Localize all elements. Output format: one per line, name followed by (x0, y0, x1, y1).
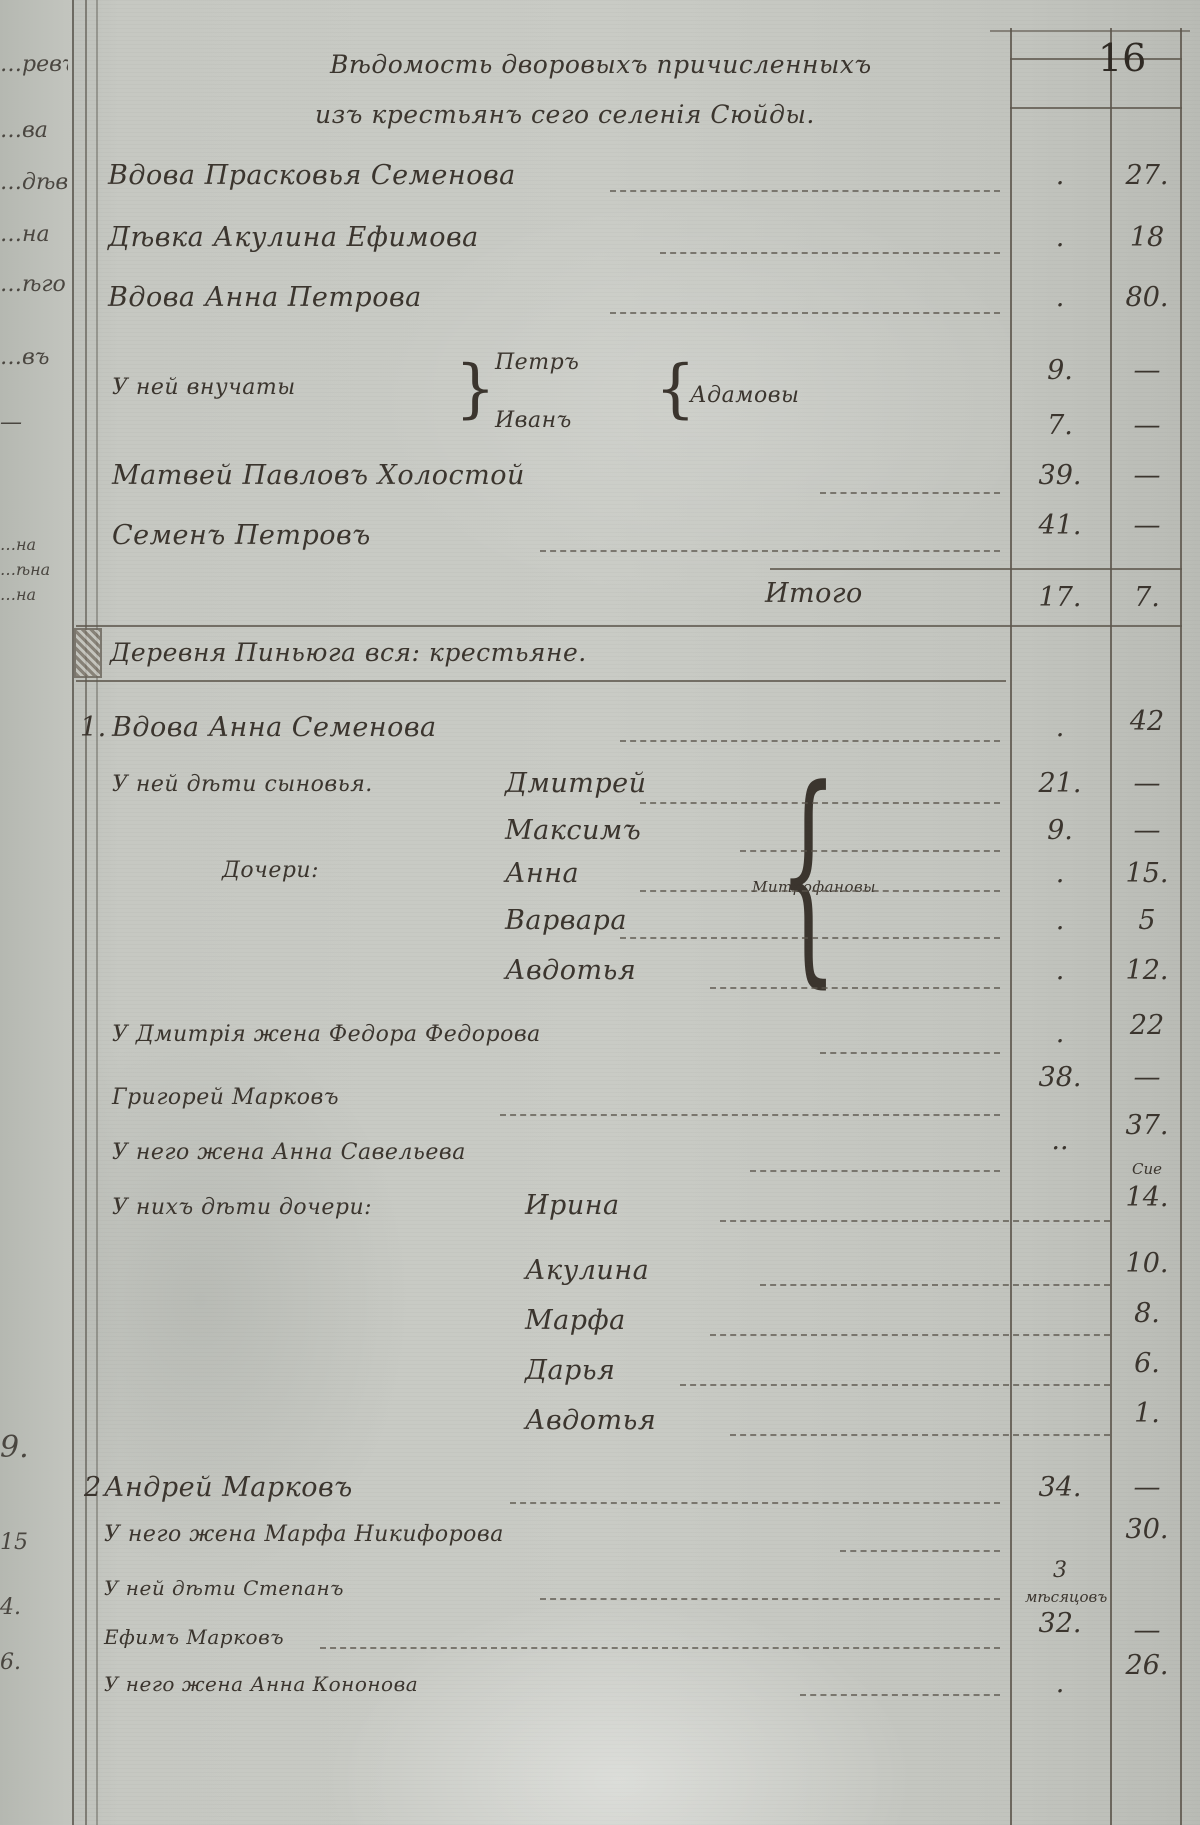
age-female: 26. (1112, 1650, 1182, 1681)
age-female: — (1112, 460, 1182, 491)
age-female: 5 (1112, 905, 1182, 936)
age-female: 6. (1112, 1348, 1182, 1379)
entry-surname: Митрофановы (752, 878, 876, 896)
age-female: — (1112, 1472, 1182, 1503)
total-label: Итого (765, 578, 863, 609)
leader-dots (820, 490, 1000, 494)
age-male: . (1025, 160, 1095, 191)
left-page-fragment: …ѣна (0, 560, 68, 579)
age-male: 39. (1025, 460, 1095, 491)
page-number: 16 (1098, 36, 1146, 80)
age-female: 1. (1112, 1398, 1182, 1429)
left-page-fragment: 15 (0, 1530, 68, 1555)
total-female: 7. (1112, 582, 1182, 613)
entry-name: Вдова Анна Петрова (108, 282, 422, 313)
age-unit-note: мѣсяцовъ (1025, 1588, 1095, 1606)
age-male: . (1025, 858, 1095, 889)
leader-dots (800, 1692, 1000, 1696)
header-rule (1010, 107, 1182, 109)
entry-name: Максимъ (505, 815, 641, 846)
entry-name: Варвара (505, 905, 627, 936)
left-page-fragment: …ревъ (0, 52, 68, 77)
age-male: 9. (1025, 355, 1095, 386)
left-page-fragment: …дѣва (0, 170, 68, 195)
leader-dots (760, 1282, 1110, 1286)
margin-ornament (74, 628, 102, 678)
age-male: . (1025, 905, 1095, 936)
entry-name: Дмитрей (505, 768, 646, 799)
entry-name: Григорей Марковъ (112, 1085, 339, 1110)
leader-dots (710, 1332, 1110, 1336)
entry-name: Анна (505, 858, 579, 889)
leader-dots (620, 935, 1000, 939)
page-title-line2: изъ крестьянъ сего селенія Сюйды. (315, 100, 815, 129)
left-page-fragment: …на (0, 222, 68, 247)
entry-name: У него жена Анна Савельева (112, 1140, 466, 1165)
entry-name: У него жена Марфа Никифорова (104, 1522, 504, 1547)
household-number: 1. (80, 712, 107, 743)
margin-note: Сие (1112, 1160, 1182, 1178)
age-male: . (1025, 955, 1095, 986)
top-rule (990, 30, 1190, 32)
entry-label: У ней внучаты (112, 375, 296, 400)
age-male: . (1025, 712, 1095, 743)
left-page-fragment: 6. (0, 1650, 68, 1675)
age-female: 8. (1112, 1298, 1182, 1329)
leader-dots (640, 888, 1000, 892)
section-heading: Деревня Пиньюга вся: крестьяне. (110, 638, 587, 667)
age-female: 80. (1112, 282, 1182, 313)
leader-dots (750, 1168, 1000, 1172)
left-facing-page: …ревъ …ва …дѣва …на …ѣго …въ — …на …ѣна … (0, 0, 74, 1825)
age-male: 21. (1025, 768, 1095, 799)
leader-dots (720, 1218, 1110, 1222)
leader-dots (820, 1050, 1000, 1054)
age-male: . (1025, 222, 1095, 253)
left-page-fragment: — (0, 410, 68, 435)
age-female: — (1112, 768, 1182, 799)
left-page-fragment: 4. (0, 1595, 68, 1620)
age-female: — (1112, 815, 1182, 846)
entry-name: Матвей Павловъ Холостой (112, 460, 525, 491)
age-female: — (1112, 1062, 1182, 1093)
age-female: 22 (1112, 1010, 1182, 1041)
age-male: 38. (1025, 1062, 1095, 1093)
entry-name: Петръ (495, 350, 579, 375)
leader-dots (320, 1645, 1000, 1649)
age-female: 37. (1112, 1110, 1182, 1141)
age-male: 32. (1025, 1608, 1095, 1639)
page-title-line1: Вѣдомость дворовыхъ причисленныхъ (330, 50, 872, 79)
age-male: . (1025, 1668, 1095, 1699)
margin-rule (85, 0, 87, 1825)
leader-dots (740, 848, 1000, 852)
entry-label: Дочери: (222, 858, 319, 883)
entry-surname: Адамовы (690, 383, 799, 408)
age-male: 3 (1025, 1558, 1095, 1583)
leader-dots (840, 1548, 1000, 1552)
bracket: } (455, 352, 496, 426)
age-male: 7. (1025, 410, 1095, 441)
age-female: 15. (1112, 858, 1182, 889)
age-female: — (1112, 410, 1182, 441)
section-rule (76, 625, 1182, 627)
left-page-fragment: …на (0, 535, 68, 554)
entry-name: Авдотья (525, 1405, 656, 1436)
section-rule (76, 680, 1006, 682)
entry-name: У него жена Анна Кононова (104, 1672, 418, 1696)
entry-name: Дѣвка Акулина Ефимова (108, 222, 479, 253)
age-female: 30. (1112, 1514, 1182, 1545)
header-rule (1010, 58, 1182, 60)
entry-name: Вдова Прасковья Семенова (108, 160, 516, 191)
total-rule (770, 568, 1182, 570)
entry-name: Андрей Марковъ (104, 1472, 353, 1503)
leader-dots (680, 1382, 1110, 1386)
age-male: 9. (1025, 815, 1095, 846)
entry-name: Ирина (525, 1190, 620, 1221)
left-page-fragment: 9. (0, 1430, 68, 1465)
entry-name: Авдотья (505, 955, 636, 986)
entry-name: У Дмитрія жена Федора Федорова (112, 1022, 541, 1047)
entry-name: Иванъ (495, 408, 572, 433)
left-page-fragment: …въ (0, 345, 68, 370)
leader-dots (610, 188, 1000, 192)
leader-dots (660, 250, 1000, 254)
leader-dots (730, 1432, 1110, 1436)
entry-label: У ней дѣти сыновья. (112, 772, 373, 797)
age-male: 41. (1025, 510, 1095, 541)
age-male: .. (1025, 1125, 1095, 1156)
entry-name: Семенъ Петровъ (112, 520, 371, 551)
entry-name: У ней дѣти Степанъ (104, 1576, 344, 1600)
leader-dots (500, 1112, 1000, 1116)
leader-dots (610, 310, 1000, 314)
leader-dots (640, 800, 1000, 804)
age-female: 27. (1112, 160, 1182, 191)
entry-name: Дарья (525, 1355, 615, 1386)
age-female: 42 (1112, 706, 1182, 737)
left-page-fragment: …на (0, 585, 68, 604)
entry-label: У нихъ дѣти дочери: (112, 1195, 372, 1220)
total-male: 17. (1025, 582, 1095, 613)
bracket: { (779, 760, 838, 990)
leader-dots (540, 1596, 1000, 1600)
age-female: 12. (1112, 955, 1182, 986)
margin-rule (96, 0, 98, 1825)
leader-dots (710, 985, 1000, 989)
entry-name: Ефимъ Марковъ (104, 1625, 284, 1649)
household-number: 2 (84, 1472, 102, 1503)
age-female: — (1112, 355, 1182, 386)
age-female: 18 (1112, 222, 1182, 253)
age-female: 10. (1112, 1248, 1182, 1279)
age-female: 14. (1112, 1182, 1182, 1213)
column-rule-male (1010, 28, 1012, 1825)
entry-name: Марфа (525, 1305, 626, 1336)
entry-name: Акулина (525, 1255, 649, 1286)
leader-dots (510, 1500, 1000, 1504)
entry-name: Вдова Анна Семенова (112, 712, 437, 743)
left-page-fragment: …ва (0, 118, 68, 143)
leader-dots (540, 548, 1000, 552)
age-male: . (1025, 1018, 1095, 1049)
age-male: . (1025, 282, 1095, 313)
left-page-fragment: …ѣго (0, 272, 68, 297)
age-female: — (1112, 510, 1182, 541)
age-male: 34. (1025, 1472, 1095, 1503)
age-female: — (1112, 1615, 1182, 1646)
